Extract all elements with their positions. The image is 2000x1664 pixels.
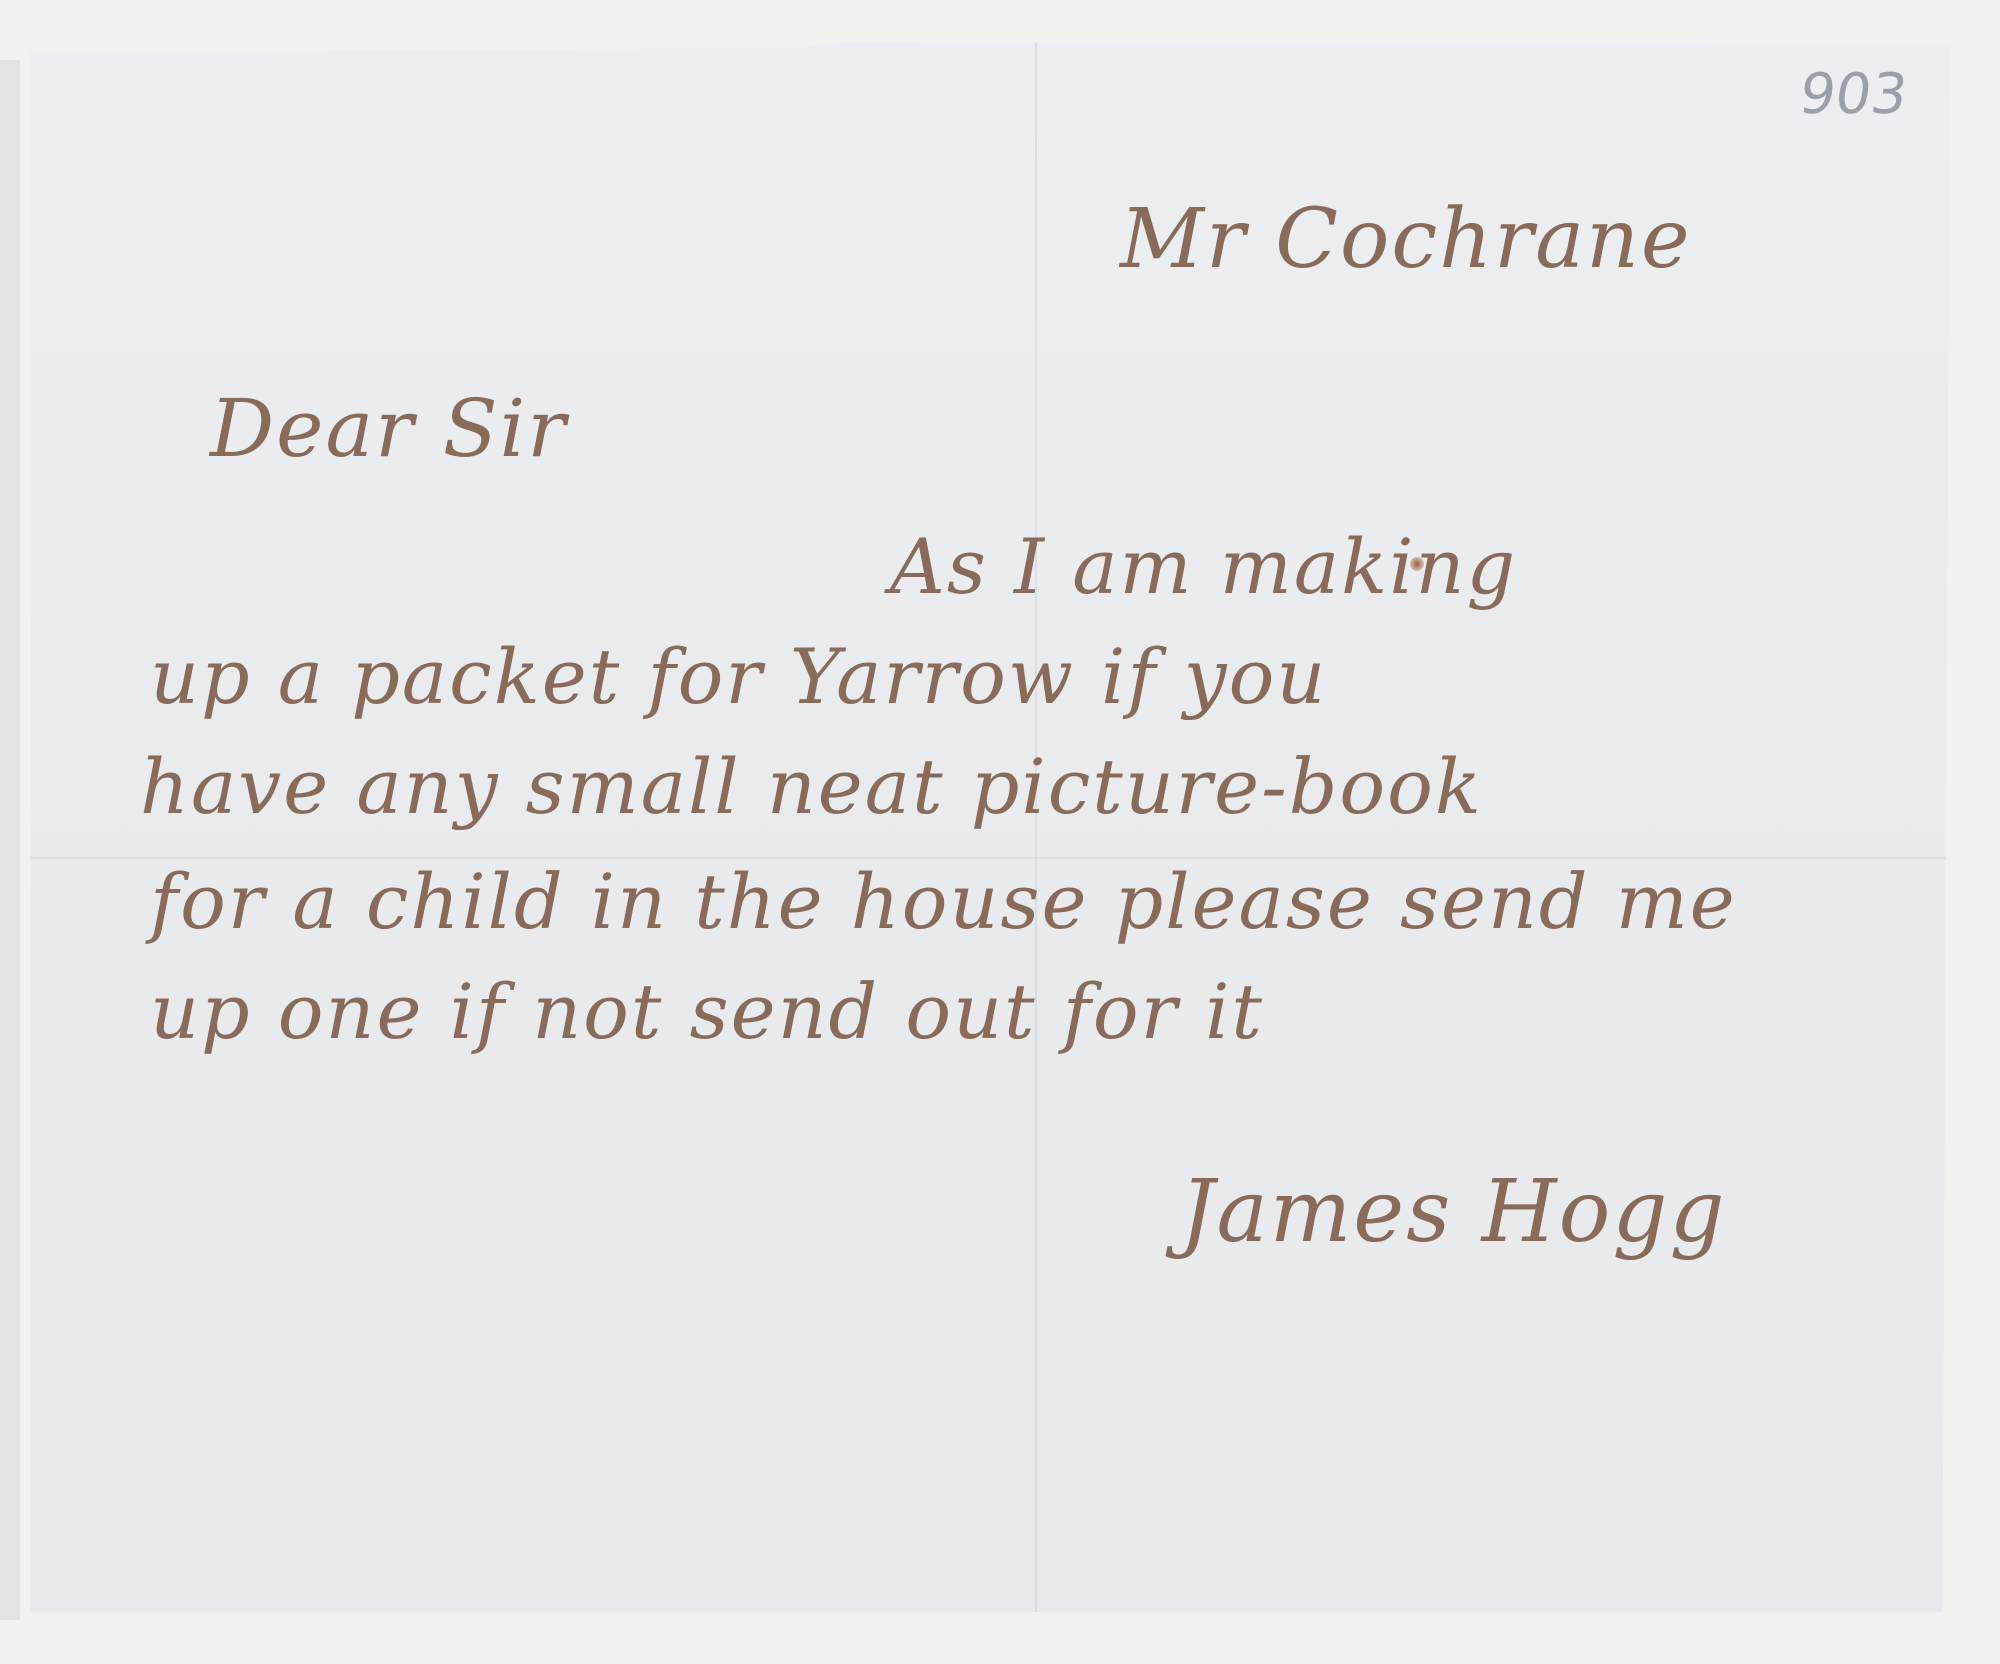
signature: James Hogg	[1180, 1162, 1727, 1262]
body-line: have any small neat picture-book	[140, 742, 1483, 831]
body-line: up one if not send out for it	[150, 967, 1264, 1056]
letter-paper: 903 Mr Cochrane Dear Sir As I am making …	[30, 42, 1950, 1612]
pin-hole	[1980, 327, 1990, 337]
ink-stain	[1410, 557, 1424, 571]
archive-number: 903	[1795, 62, 1911, 127]
body-line: for a child in the house please send me	[150, 857, 1737, 946]
salutation: Dear Sir	[210, 382, 567, 475]
addressee: Mr Cochrane	[1120, 192, 1692, 287]
background-edge	[0, 60, 20, 1620]
body-line: up a packet for Yarrow if you	[150, 632, 1327, 721]
